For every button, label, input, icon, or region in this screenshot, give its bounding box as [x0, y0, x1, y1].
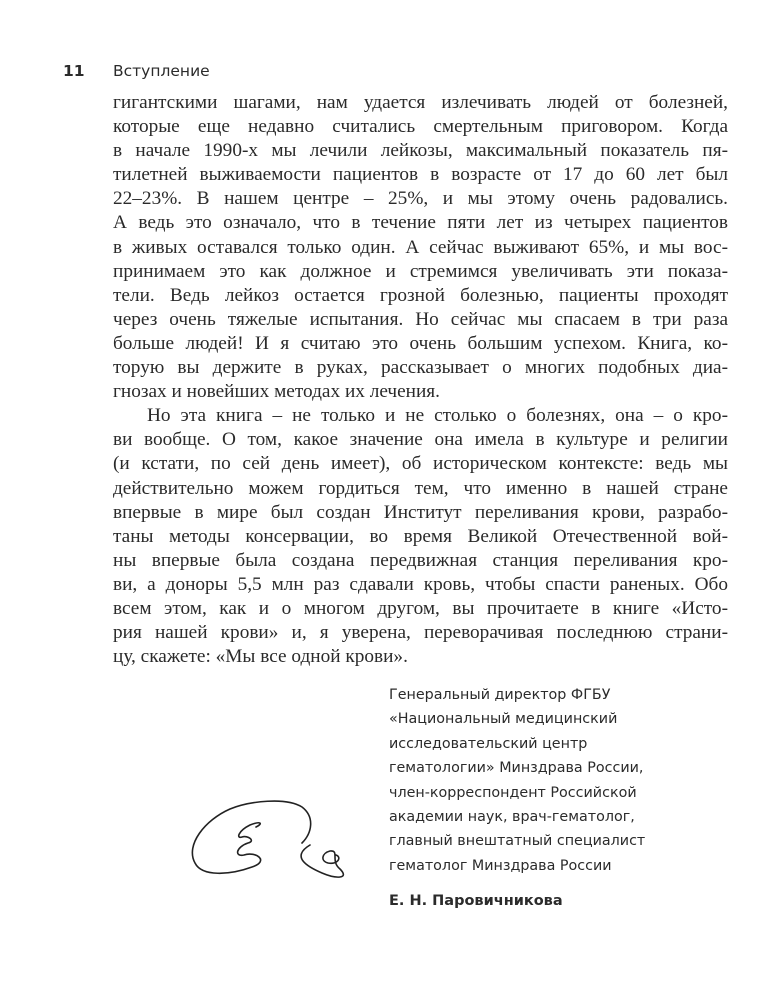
text-line: принимаем это как должное и стремимся ув… [113, 260, 728, 284]
credential-line: главный внештатный специалист [389, 829, 749, 853]
text-line: рия нашей крови» и, я уверена, переворач… [113, 621, 728, 645]
text-line: ви вообще. О том, какое значение она име… [113, 428, 728, 452]
credential-line: гематолог Минздрава России [389, 854, 749, 878]
body-text: гигантскими шагами, нам удается излечива… [113, 91, 728, 669]
text-line: в начале 1990-х мы лечили лейкозы, макси… [113, 139, 728, 163]
text-line: Но эта книга – не только и не столько о … [113, 404, 728, 428]
author-name: Е. Н. Паровичникова [389, 893, 563, 909]
text-line: которые еще недавно считались смертельны… [113, 115, 728, 139]
page-number: 11 [63, 62, 85, 80]
text-line: всем этом, как и о многом другом, вы про… [113, 597, 728, 621]
text-line: 22–23%. В нашем центре – 25%, и мы этому… [113, 187, 728, 211]
text-line: ны впервые была создана передвижная стан… [113, 549, 728, 573]
credential-line: гематологии» Минздрава России, [389, 756, 749, 780]
text-line: тилетней выживаемости пациентов в возрас… [113, 163, 728, 187]
credential-line: член-корреспондент Российской [389, 781, 749, 805]
text-line: (и кстати, по сей день имеет), об истори… [113, 452, 728, 476]
text-line: цу, скажете: «Мы все одной крови». [113, 645, 728, 669]
author-credentials: Генеральный директор ФГБУ«Национальный м… [389, 683, 749, 878]
text-line: гнозах и новейших методах их лечения. [113, 380, 728, 404]
text-line: больше людей! И я считаю это очень больш… [113, 332, 728, 356]
page-header: 11 Вступление [0, 62, 759, 88]
text-line: тели. Ведь лейкоз остается грозной болез… [113, 284, 728, 308]
text-line: в живых оставался только один. А сейчас … [113, 236, 728, 260]
text-line: впервые в мире был создан Институт перел… [113, 501, 728, 525]
text-line: А ведь это означало, что в течение пяти … [113, 211, 728, 235]
text-line: через очень тяжелые испытания. Но сейчас… [113, 308, 728, 332]
text-line: гигантскими шагами, нам удается излечива… [113, 91, 728, 115]
credential-line: исследовательский центр [389, 732, 749, 756]
running-title: Вступление [113, 62, 210, 80]
text-line: ви, а доноры 5,5 млн раз сдавали кровь, … [113, 573, 728, 597]
text-line: торую вы держите в руках, рассказывает о… [113, 356, 728, 380]
text-line: таны методы консервации, во время Велико… [113, 525, 728, 549]
credential-line: Генеральный директор ФГБУ [389, 683, 749, 707]
credential-line: «Национальный медицинский [389, 707, 749, 731]
credential-line: академии наук, врач-гематолог, [389, 805, 749, 829]
text-line: действительно можем гордиться тем, что и… [113, 477, 728, 501]
handwritten-signature-icon [190, 795, 370, 890]
